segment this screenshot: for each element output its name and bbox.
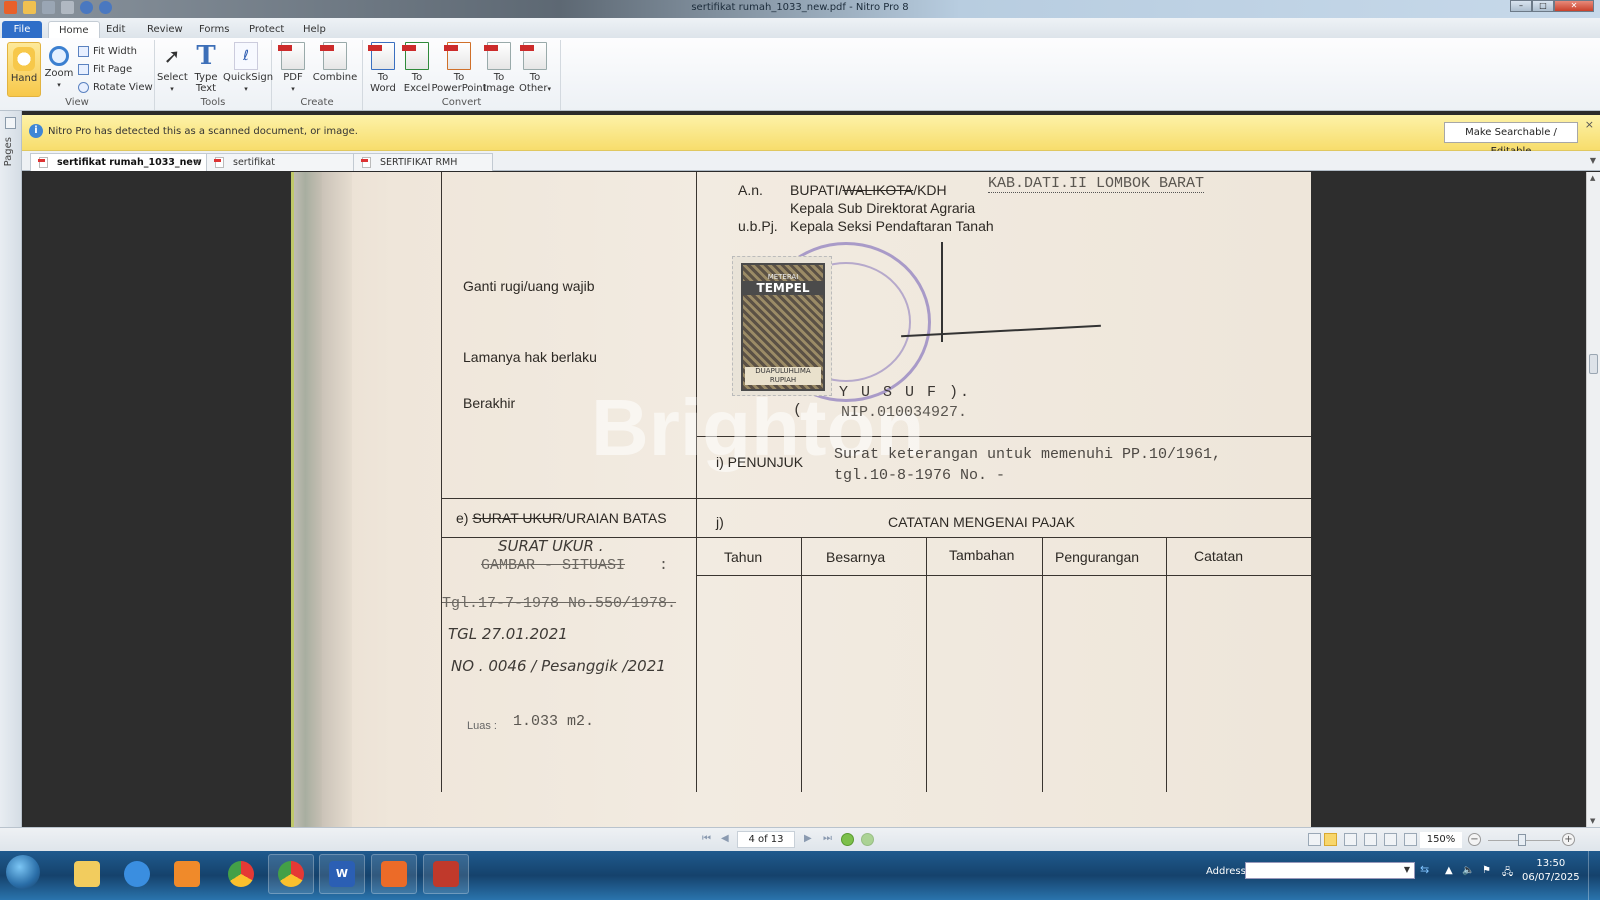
section-e-prefix: e) (456, 510, 472, 526)
handwritten-surat-ukur: SURAT UKUR . (498, 537, 604, 555)
group-label-view: View (0, 97, 154, 108)
group-label-convert: Convert (363, 97, 560, 108)
combine-icon (323, 42, 347, 70)
pdf-page: Brighton Ganti rugi/uang wajib Lamanya h… (291, 172, 1311, 827)
signature-stroke (941, 242, 943, 342)
type-text-icon: T (194, 42, 218, 70)
ie-icon (124, 861, 150, 887)
folder-icon (74, 861, 100, 887)
signatory-name: Y U S U F ). (839, 384, 971, 401)
group-label-tools: Tools (155, 97, 271, 108)
taskbar-nitro[interactable] (371, 854, 417, 894)
luas-label: Luas : (467, 720, 497, 732)
signature (901, 325, 1101, 337)
maximize-button[interactable]: □ (1532, 0, 1554, 12)
word-icon: W (329, 861, 355, 887)
luas-value: 1.033 m2. (513, 713, 594, 730)
col-tambahan: Tambahan (949, 547, 1014, 563)
scanned-document-notification: i Nitro Pro has detected this as a scann… (22, 115, 1600, 151)
address-label: Address (1206, 866, 1246, 877)
zoom-out-icon[interactable]: − (1468, 833, 1481, 846)
col-besarnya: Besarnya (826, 549, 885, 565)
show-hidden-icons[interactable]: ▲ (1445, 865, 1453, 876)
rotate-view-button[interactable]: Rotate View (78, 82, 153, 93)
fit-page-label: Fit Page (93, 64, 132, 75)
col-catatan: Catatan (1194, 548, 1243, 564)
combine-button[interactable]: Combine (312, 42, 358, 83)
kabupaten-text: KAB.DATI.II LOMBOK BARAT (988, 175, 1204, 193)
col-tahun: Tahun (724, 549, 762, 565)
zoom-slider-thumb[interactable] (1518, 834, 1526, 846)
gambar-situasi-struck: GAMBAR - SITUASI (481, 557, 625, 574)
quicksign-label: QuickSign (223, 72, 273, 83)
label-berakhir: Berakhir (463, 395, 515, 411)
stamp-title: TEMPEL (743, 281, 823, 295)
action-center-flag-icon[interactable]: ⚑ (1482, 865, 1491, 876)
select-label: Select (157, 72, 188, 83)
tab-forms[interactable]: Forms (189, 21, 239, 38)
penunjuk-label: i) PENUNJUK (716, 454, 803, 470)
to-label: To (378, 72, 389, 83)
type-label: Type (195, 72, 218, 83)
select-cursor-icon: ➚ (160, 42, 184, 70)
tab-help[interactable]: Help (293, 21, 336, 38)
show-desktop-button[interactable] (1588, 851, 1600, 900)
doc-tab-1044m2[interactable]: SERTIFIKAT RMH 1044M2 (353, 153, 493, 171)
window-controls: – □ ✕ (1510, 0, 1594, 12)
combine-label: Combine (313, 72, 357, 83)
nip-number: NIP.010034927. (841, 404, 967, 421)
tab-file[interactable]: File (2, 21, 42, 38)
scroll-up-icon[interactable]: ▲ (1590, 174, 1595, 182)
bupati-line: BUPATI/WALIKOTA/KDH (790, 182, 947, 198)
old-date-struck: Tgl.17-7-1978 No.550/1978. (442, 595, 676, 612)
last-page-icon[interactable]: ⏭ (823, 833, 832, 844)
network-icon[interactable]: 🖧 (1502, 865, 1513, 882)
powerpoint-label: PowerPoint (431, 83, 486, 94)
to-label: To (494, 72, 505, 83)
doc-tab-2854[interactable]: sertifikat rumah_2854_new (206, 153, 354, 171)
an-label: A.n. (738, 182, 763, 198)
to-word-button[interactable]: ToWord (367, 42, 399, 94)
to-other-button[interactable]: ToOther▾ (515, 42, 555, 95)
minimize-button[interactable]: – (1510, 0, 1532, 12)
image-doc-icon (487, 42, 511, 70)
window-title: sertifikat rumah_1033_new.pdf - Nitro Pr… (0, 2, 1600, 13)
access-icon (433, 861, 459, 887)
fullscreen-view-icon[interactable] (1384, 833, 1397, 846)
label-lamanya-hak: Lamanya hak berlaku (463, 349, 597, 365)
stamp-value: DUAPULUHLIMA RUPIAH (745, 367, 821, 385)
next-page-icon[interactable]: ▶ (804, 833, 812, 844)
type-text-button[interactable]: T TypeText (191, 42, 221, 94)
col-pengurangan: Pengurangan (1055, 549, 1139, 565)
rotate-icon (78, 82, 89, 93)
taskbar-word[interactable]: W (319, 854, 365, 894)
zoom-label: Zoom (45, 68, 74, 79)
zoom-level-input[interactable]: 150% (1420, 832, 1462, 848)
status-bar: ⏮ ◀ 4 of 13 ▶ ⏭ 150% − + (0, 827, 1600, 851)
info-icon: i (29, 124, 43, 138)
group-tools: ➚ Select▾ T TypeText ℓ QuickSign▾ Tools (155, 40, 272, 110)
open-paren: ( (793, 402, 802, 419)
fit-width-icon (78, 46, 89, 57)
hand-button[interactable]: Hand (7, 42, 41, 97)
pdf-file-icon (39, 157, 48, 168)
clock-date: 06/07/2025 (1522, 871, 1580, 885)
presentation-view-icon[interactable] (1404, 833, 1417, 846)
tab-edit[interactable]: Edit (96, 21, 135, 38)
address-go-icon[interactable]: ⇆ (1420, 863, 1429, 876)
pdf-icon (281, 42, 305, 70)
fit-page-button[interactable]: Fit Page (78, 64, 132, 75)
close-notification-icon[interactable]: × (1585, 118, 1594, 131)
first-page-icon[interactable]: ⏮ (702, 833, 711, 844)
ubpj-label: u.b.Pj. (738, 218, 778, 234)
to-label: To (530, 72, 541, 83)
to-excel-button[interactable]: ToExcel (401, 42, 433, 94)
excel-doc-icon (405, 42, 429, 70)
taskbar-media-player[interactable] (164, 854, 210, 894)
tabs-dropdown-icon[interactable]: ▼ (1590, 156, 1596, 165)
close-button[interactable]: ✕ (1554, 0, 1594, 12)
zoom-button[interactable]: Zoom▾ (44, 42, 74, 91)
fit-width-label: Fit Width (93, 46, 137, 57)
catatan-pajak-title: CATATAN MENGENAI PAJAK (888, 514, 1075, 530)
make-searchable-button[interactable]: Make Searchable / Editable (1444, 122, 1578, 143)
facing-continuous-view-icon[interactable] (1364, 833, 1377, 846)
tab-home[interactable]: Home (48, 21, 100, 38)
section-j-label: j) (716, 514, 724, 530)
fit-page-icon (78, 64, 89, 75)
excel-label: Excel (404, 83, 431, 94)
vertical-scrollbar[interactable]: ▲ ▼ (1586, 172, 1600, 827)
title-bar: sertifikat rumah_1033_new.pdf - Nitro Pr… (0, 0, 1600, 18)
image-label: Image (483, 83, 514, 94)
uraian-batas: /URAIAN BATAS (562, 510, 667, 526)
group-create: PDF▾ Combine Create (272, 40, 363, 110)
penunjuk-line-1: Surat keterangan untuk memenuhi PP.10/19… (834, 446, 1221, 463)
handwritten-date: TGL 27.01.2021 (448, 625, 568, 643)
continuous-view-icon[interactable] (1324, 833, 1337, 846)
taskbar-internet-explorer[interactable] (114, 854, 160, 894)
label-ganti-rugi: Ganti rugi/uang wajib (463, 278, 595, 294)
pdf-button[interactable]: PDF▾ (278, 42, 308, 95)
tab-review[interactable]: Review (137, 21, 193, 38)
clock-time: 13:50 (1522, 857, 1580, 871)
zoom-icon (49, 46, 69, 66)
penunjuk-line-2: tgl.10-8-1976 No. - (834, 467, 1005, 484)
notification-message: Nitro Pro has detected this as a scanned… (48, 126, 358, 137)
surat-ukur-struck: SURAT UKUR (472, 510, 562, 526)
scroll-down-icon[interactable]: ▼ (1590, 817, 1595, 825)
kepala-sub-direktorat: Kepala Sub Direktorat Agraria (790, 200, 975, 216)
document-viewer[interactable]: Brighton Ganti rugi/uang wajib Lamanya h… (24, 172, 1586, 827)
media-player-icon (174, 861, 200, 887)
pdf-file-icon (215, 157, 224, 168)
walikota-struck: WALIKOTA (842, 182, 913, 198)
select-button[interactable]: ➚ Select▾ (157, 42, 187, 95)
to-image-button[interactable]: ToImage (483, 42, 515, 94)
taskbar-chrome-1[interactable] (218, 854, 264, 894)
taskbar-access[interactable] (423, 854, 469, 894)
menu-bar: File Home Edit Review Forms Protect Help… (0, 18, 1600, 38)
zoom-in-icon[interactable]: + (1562, 833, 1575, 846)
system-clock[interactable]: 13:5006/07/2025 (1522, 857, 1580, 885)
stamp-top-text: METERAI (743, 273, 823, 281)
windows-taskbar: W Address ▼ ⇆ ▲ 🔈 ⚑ 🖧 13:5006/07/2025 (0, 851, 1600, 900)
chrome-icon (278, 861, 304, 887)
pages-label: Pages (3, 137, 14, 166)
other-doc-icon (523, 42, 547, 70)
address-dropdown-icon[interactable]: ▼ (1404, 865, 1410, 874)
group-label-create: Create (272, 97, 362, 108)
taskbar-chrome-2[interactable] (268, 854, 314, 894)
document-tabs: sertifikat rumah_1033_new × sertifikat r… (22, 151, 1600, 171)
text-label: Text (196, 83, 216, 94)
volume-icon[interactable]: 🔈 (1462, 865, 1474, 876)
pdf-label: PDF (283, 72, 302, 83)
kdh-suffix: /KDH (913, 182, 946, 198)
doc-tab-label: sertifikat rumah_1033_new (57, 157, 202, 168)
nitro-icon (381, 861, 407, 887)
pages-panel-tab[interactable]: Pages (0, 111, 22, 850)
revenue-stamp: METERAI TEMPEL DUAPULUHLIMA RUPIAH (732, 256, 832, 396)
kepala-seksi: Kepala Seksi Pendaftaran Tanah (790, 218, 994, 234)
hand-label: Hand (11, 73, 37, 84)
page-number-input[interactable]: 4 of 13 (737, 831, 795, 848)
ribbon: Hand Zoom▾ Fit Width Fit Page Rotate Vie… (0, 38, 1600, 111)
to-powerpoint-button[interactable]: ToPowerPoint (431, 42, 487, 94)
close-tab-icon[interactable]: × (193, 154, 201, 171)
fit-width-button[interactable]: Fit Width (78, 46, 137, 57)
group-convert: ToWord ToExcel ToPowerPoint ToImage ToOt… (363, 40, 561, 110)
address-input[interactable]: ▼ (1245, 862, 1415, 879)
pdf-file-icon (362, 157, 371, 168)
word-label: Word (370, 83, 396, 94)
word-doc-icon (371, 42, 395, 70)
other-label: Other (519, 83, 547, 94)
doc-tab-1033[interactable]: sertifikat rumah_1033_new × (30, 153, 208, 171)
previous-page-icon[interactable]: ◀ (721, 833, 729, 844)
to-label: To (454, 72, 465, 83)
to-label: To (412, 72, 423, 83)
colon: : (659, 557, 668, 574)
group-view: Hand Zoom▾ Fit Width Fit Page Rotate Vie… (0, 40, 155, 110)
start-button[interactable] (6, 855, 40, 889)
surat-ukur-header: e) SURAT UKUR/URAIAN BATAS (456, 510, 667, 526)
single-page-view-icon[interactable] (1308, 833, 1321, 846)
hand-icon (13, 47, 35, 71)
chrome-icon (228, 861, 254, 887)
forward-view-icon[interactable] (861, 833, 874, 846)
scroll-thumb[interactable] (1589, 354, 1598, 374)
quicksign-button[interactable]: ℓ QuickSign▾ (223, 42, 269, 95)
tab-protect[interactable]: Protect (239, 21, 294, 38)
facing-view-icon[interactable] (1344, 833, 1357, 846)
quicksign-icon: ℓ (234, 42, 258, 70)
taskbar-explorer[interactable] (64, 854, 110, 894)
bupati-prefix: BUPATI/ (790, 182, 842, 198)
pages-icon (5, 117, 16, 129)
rotate-view-label: Rotate View (93, 82, 153, 93)
back-view-icon[interactable] (841, 833, 854, 846)
powerpoint-doc-icon (447, 42, 471, 70)
handwritten-number: NO . 0046 / Pesanggik /2021 (451, 657, 666, 675)
